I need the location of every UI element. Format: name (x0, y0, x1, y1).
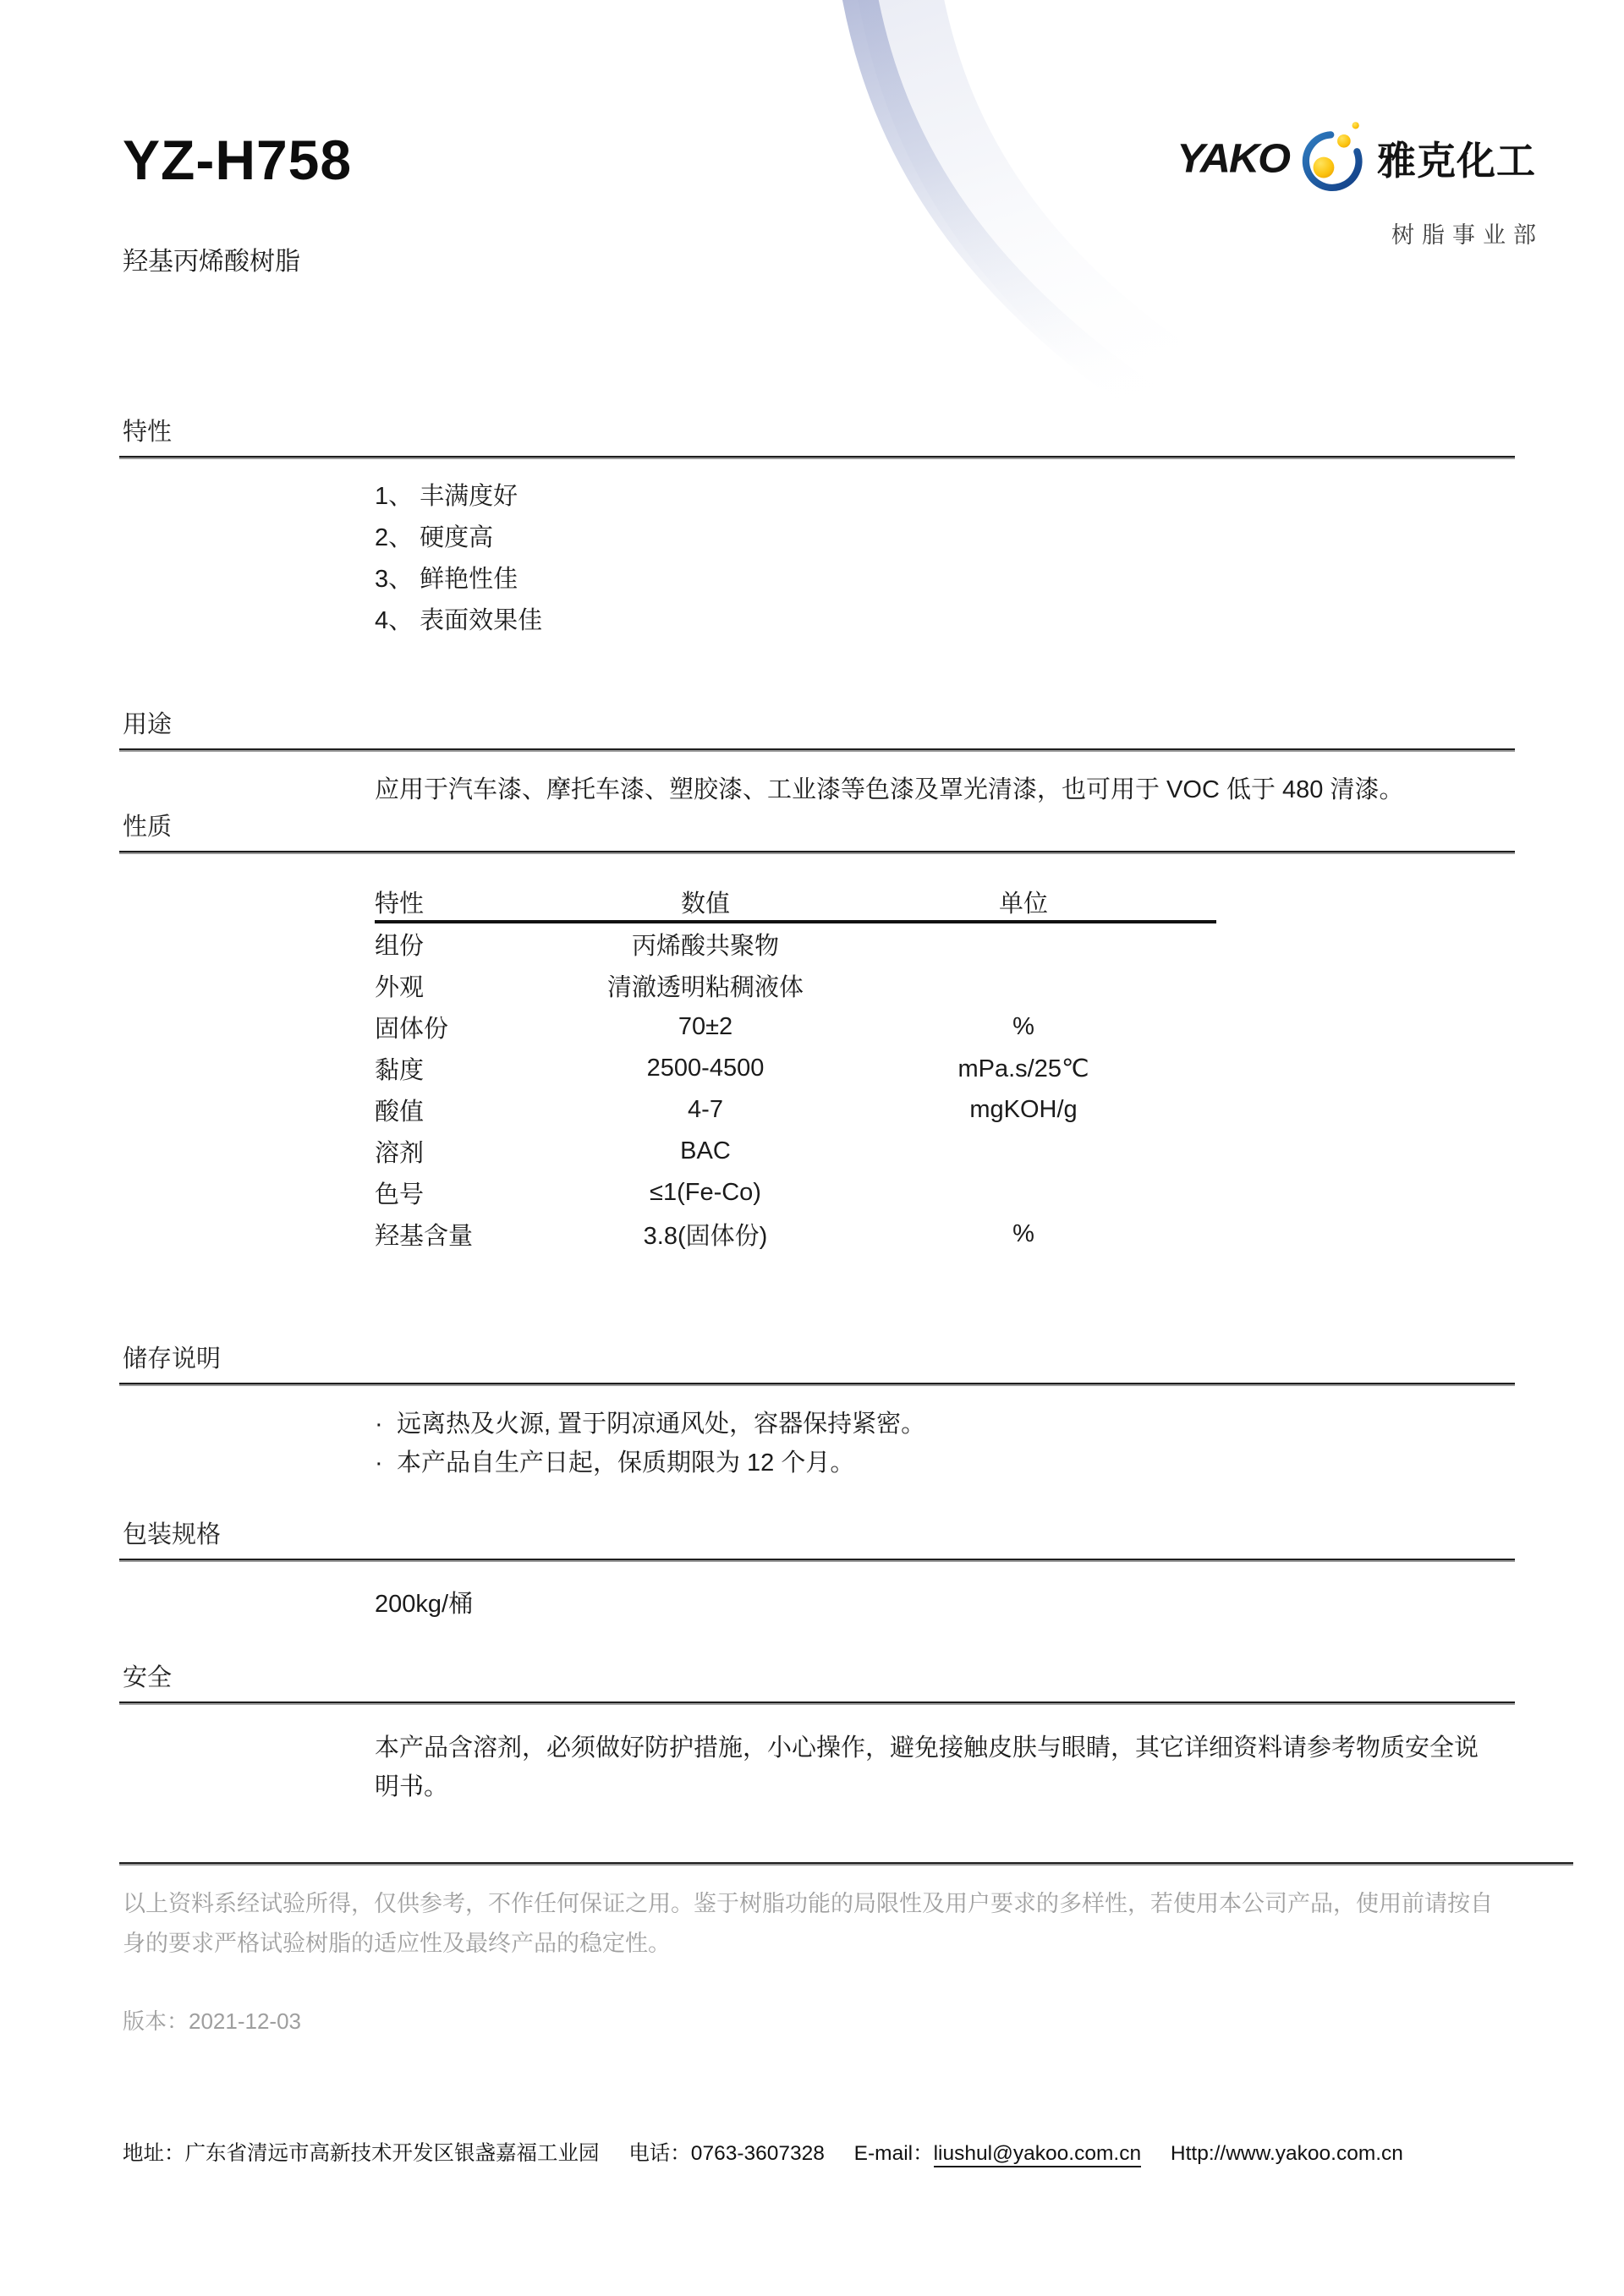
property-value: 70±2 (544, 1013, 867, 1041)
section-safety: 安全 本产品含溶剂，必须做好防护措施，小心操作，避免接触皮肤与眼睛，其它详细资料… (0, 1662, 1624, 1806)
property-name: 溶剂 (375, 1134, 544, 1169)
property-name: 固体份 (375, 1010, 544, 1044)
feature-item: 3、 鲜艳性佳 (375, 564, 1624, 595)
properties-heading: 性质 (123, 811, 1624, 843)
section-usage: 用途 应用于汽车漆、摩托车漆、塑胶漆、工业漆等色漆及罩光清漆，也可用于 VOC … (0, 709, 1624, 809)
email-link[interactable]: liushul@yakoo.com.cn (934, 2142, 1141, 2167)
section-divider (119, 456, 1515, 459)
logo-orbit-icon (1294, 108, 1372, 208)
table-row: 固体份 70±2 % (375, 1006, 1216, 1048)
feature-item: 1、 丰满度好 (375, 481, 1624, 512)
company-address: 地址：广东省清远市高新技术开发区银盏嘉福工业园 (123, 2142, 600, 2165)
section-storage: 储存说明 · 远离热及火源, 置于阴凉通风处，容器保持紧密。 · 本产品自生产日… (0, 1343, 1624, 1480)
bullet-dot-icon: · (375, 1446, 397, 1480)
section-divider (119, 851, 1515, 854)
property-value: 2500-4500 (544, 1055, 867, 1082)
property-unit: % (867, 1220, 1180, 1248)
table-row: 溶剂 BAC (375, 1131, 1216, 1172)
logo-brand-text: YAKO (1177, 134, 1289, 182)
property-value: 4-7 (544, 1096, 867, 1124)
email-label: E-mail： (854, 2142, 934, 2165)
section-features: 特性 1、 丰满度好 2、 硬度高 3、 鲜艳性佳 4、 表面效果佳 (0, 416, 1624, 636)
storage-bullet: · 远离热及火源, 置于阴凉通风处，容器保持紧密。 (375, 1407, 1624, 1441)
property-value: 3.8(固体份) (544, 1217, 867, 1252)
logo-division-name: 树脂事业部 (1138, 216, 1544, 249)
storage-bullet: · 本产品自生产日起，保质期限为 12 个月。 (375, 1446, 1624, 1480)
feature-item: 2、 硬度高 (375, 523, 1624, 553)
company-phone: 电话：0763-3607328 (628, 2142, 825, 2165)
table-row: 酸值 4-7 mgKOH/g (375, 1089, 1216, 1131)
storage-bullet-text: 远离热及火源, 置于阴凉通风处，容器保持紧密。 (397, 1407, 925, 1441)
feature-item: 4、 表面效果佳 (375, 606, 1624, 636)
company-website: Http://www.yakoo.com.cn (1171, 2142, 1403, 2165)
property-unit: % (867, 1013, 1180, 1041)
property-unit: mgKOH/g (867, 1096, 1180, 1124)
property-value: BAC (544, 1137, 867, 1165)
table-row: 羟基含量 3.8(固体份) % (375, 1214, 1216, 1255)
section-divider (119, 1383, 1515, 1386)
storage-bullet-text: 本产品自生产日起，保质期限为 12 个月。 (397, 1446, 854, 1480)
usage-paragraph: 应用于汽车漆、摩托车漆、塑胶漆、工业漆等色漆及罩光清漆，也可用于 VOC 低于 … (375, 770, 1487, 809)
safety-heading: 安全 (123, 1662, 1624, 1694)
table-row: 黏度 2500-4500 mPa.s/25℃ (375, 1048, 1216, 1089)
packaging-spec-text: 200kg/桶 (375, 1589, 1624, 1619)
properties-table-header: 特性 数值 单位 (375, 883, 1216, 920)
property-name: 黏度 (375, 1051, 544, 1086)
table-row: 外观 清澈透明粘稠液体 (375, 965, 1216, 1006)
section-divider (119, 1701, 1515, 1705)
features-list: 1、 丰满度好 2、 硬度高 3、 鲜艳性佳 4、 表面效果佳 (375, 481, 1624, 636)
packaging-heading: 包装规格 (123, 1519, 1624, 1551)
usage-heading: 用途 (123, 709, 1624, 741)
property-value: 丙烯酸共聚物 (544, 927, 867, 962)
bullet-dot-icon: · (375, 1407, 397, 1441)
storage-heading: 储存说明 (123, 1343, 1624, 1375)
section-packaging: 包装规格 200kg/桶 (0, 1519, 1624, 1619)
property-name: 酸值 (375, 1093, 544, 1127)
email-entry: E-mail：liushul@yakoo.com.cn (854, 2142, 1141, 2165)
column-header-property: 特性 (375, 885, 544, 919)
section-divider (119, 1559, 1515, 1562)
table-row: 色号 ≤1(Fe-Co) (375, 1172, 1216, 1214)
property-name: 色号 (375, 1175, 544, 1210)
property-name: 外观 (375, 968, 544, 1003)
section-divider (119, 748, 1515, 752)
property-name: 组份 (375, 927, 544, 962)
properties-table: 特性 数值 单位 组份 丙烯酸共聚物 外观 清澈透明粘稠液体 固体份 70±2 … (375, 883, 1216, 1255)
safety-paragraph: 本产品含溶剂，必须做好防护措施，小心操作，避免接触皮肤与眼睛，其它详细资料请参考… (375, 1729, 1491, 1806)
footer-divider (119, 1862, 1573, 1866)
storage-bullet-list: · 远离热及火源, 置于阴凉通风处，容器保持紧密。 · 本产品自生产日起，保质期… (375, 1407, 1624, 1480)
property-name: 羟基含量 (375, 1217, 544, 1252)
table-row: 组份 丙烯酸共聚物 (375, 923, 1216, 965)
property-value: 清澈透明粘稠液体 (544, 968, 867, 1003)
company-logo: YAKO 雅克化工 树脂事业部 (1138, 108, 1536, 249)
contact-info-line: 地址：广东省清远市高新技术开发区银盏嘉福工业园 电话：0763-3607328 … (123, 2141, 1624, 2167)
features-heading: 特性 (123, 416, 1624, 448)
logo-brand-chinese: 雅克化工 (1377, 130, 1536, 186)
section-properties: 性质 特性 数值 单位 组份 丙烯酸共聚物 外观 清澈透明粘稠液体 固体份 70… (0, 811, 1624, 1255)
product-name-subtitle: 羟基丙烯酸树脂 (123, 247, 1624, 277)
disclaimer-text: 以上资料系经试验所得，仅供参考，不作任何保证之用。鉴于树脂功能的局限性及用户要求… (123, 1884, 1493, 1964)
version-date: 版本：2021-12-03 (123, 2008, 1624, 2035)
column-header-value: 数值 (544, 885, 867, 919)
property-value: ≤1(Fe-Co) (544, 1179, 867, 1207)
column-header-unit: 单位 (867, 885, 1180, 919)
property-unit: mPa.s/25℃ (867, 1054, 1180, 1083)
